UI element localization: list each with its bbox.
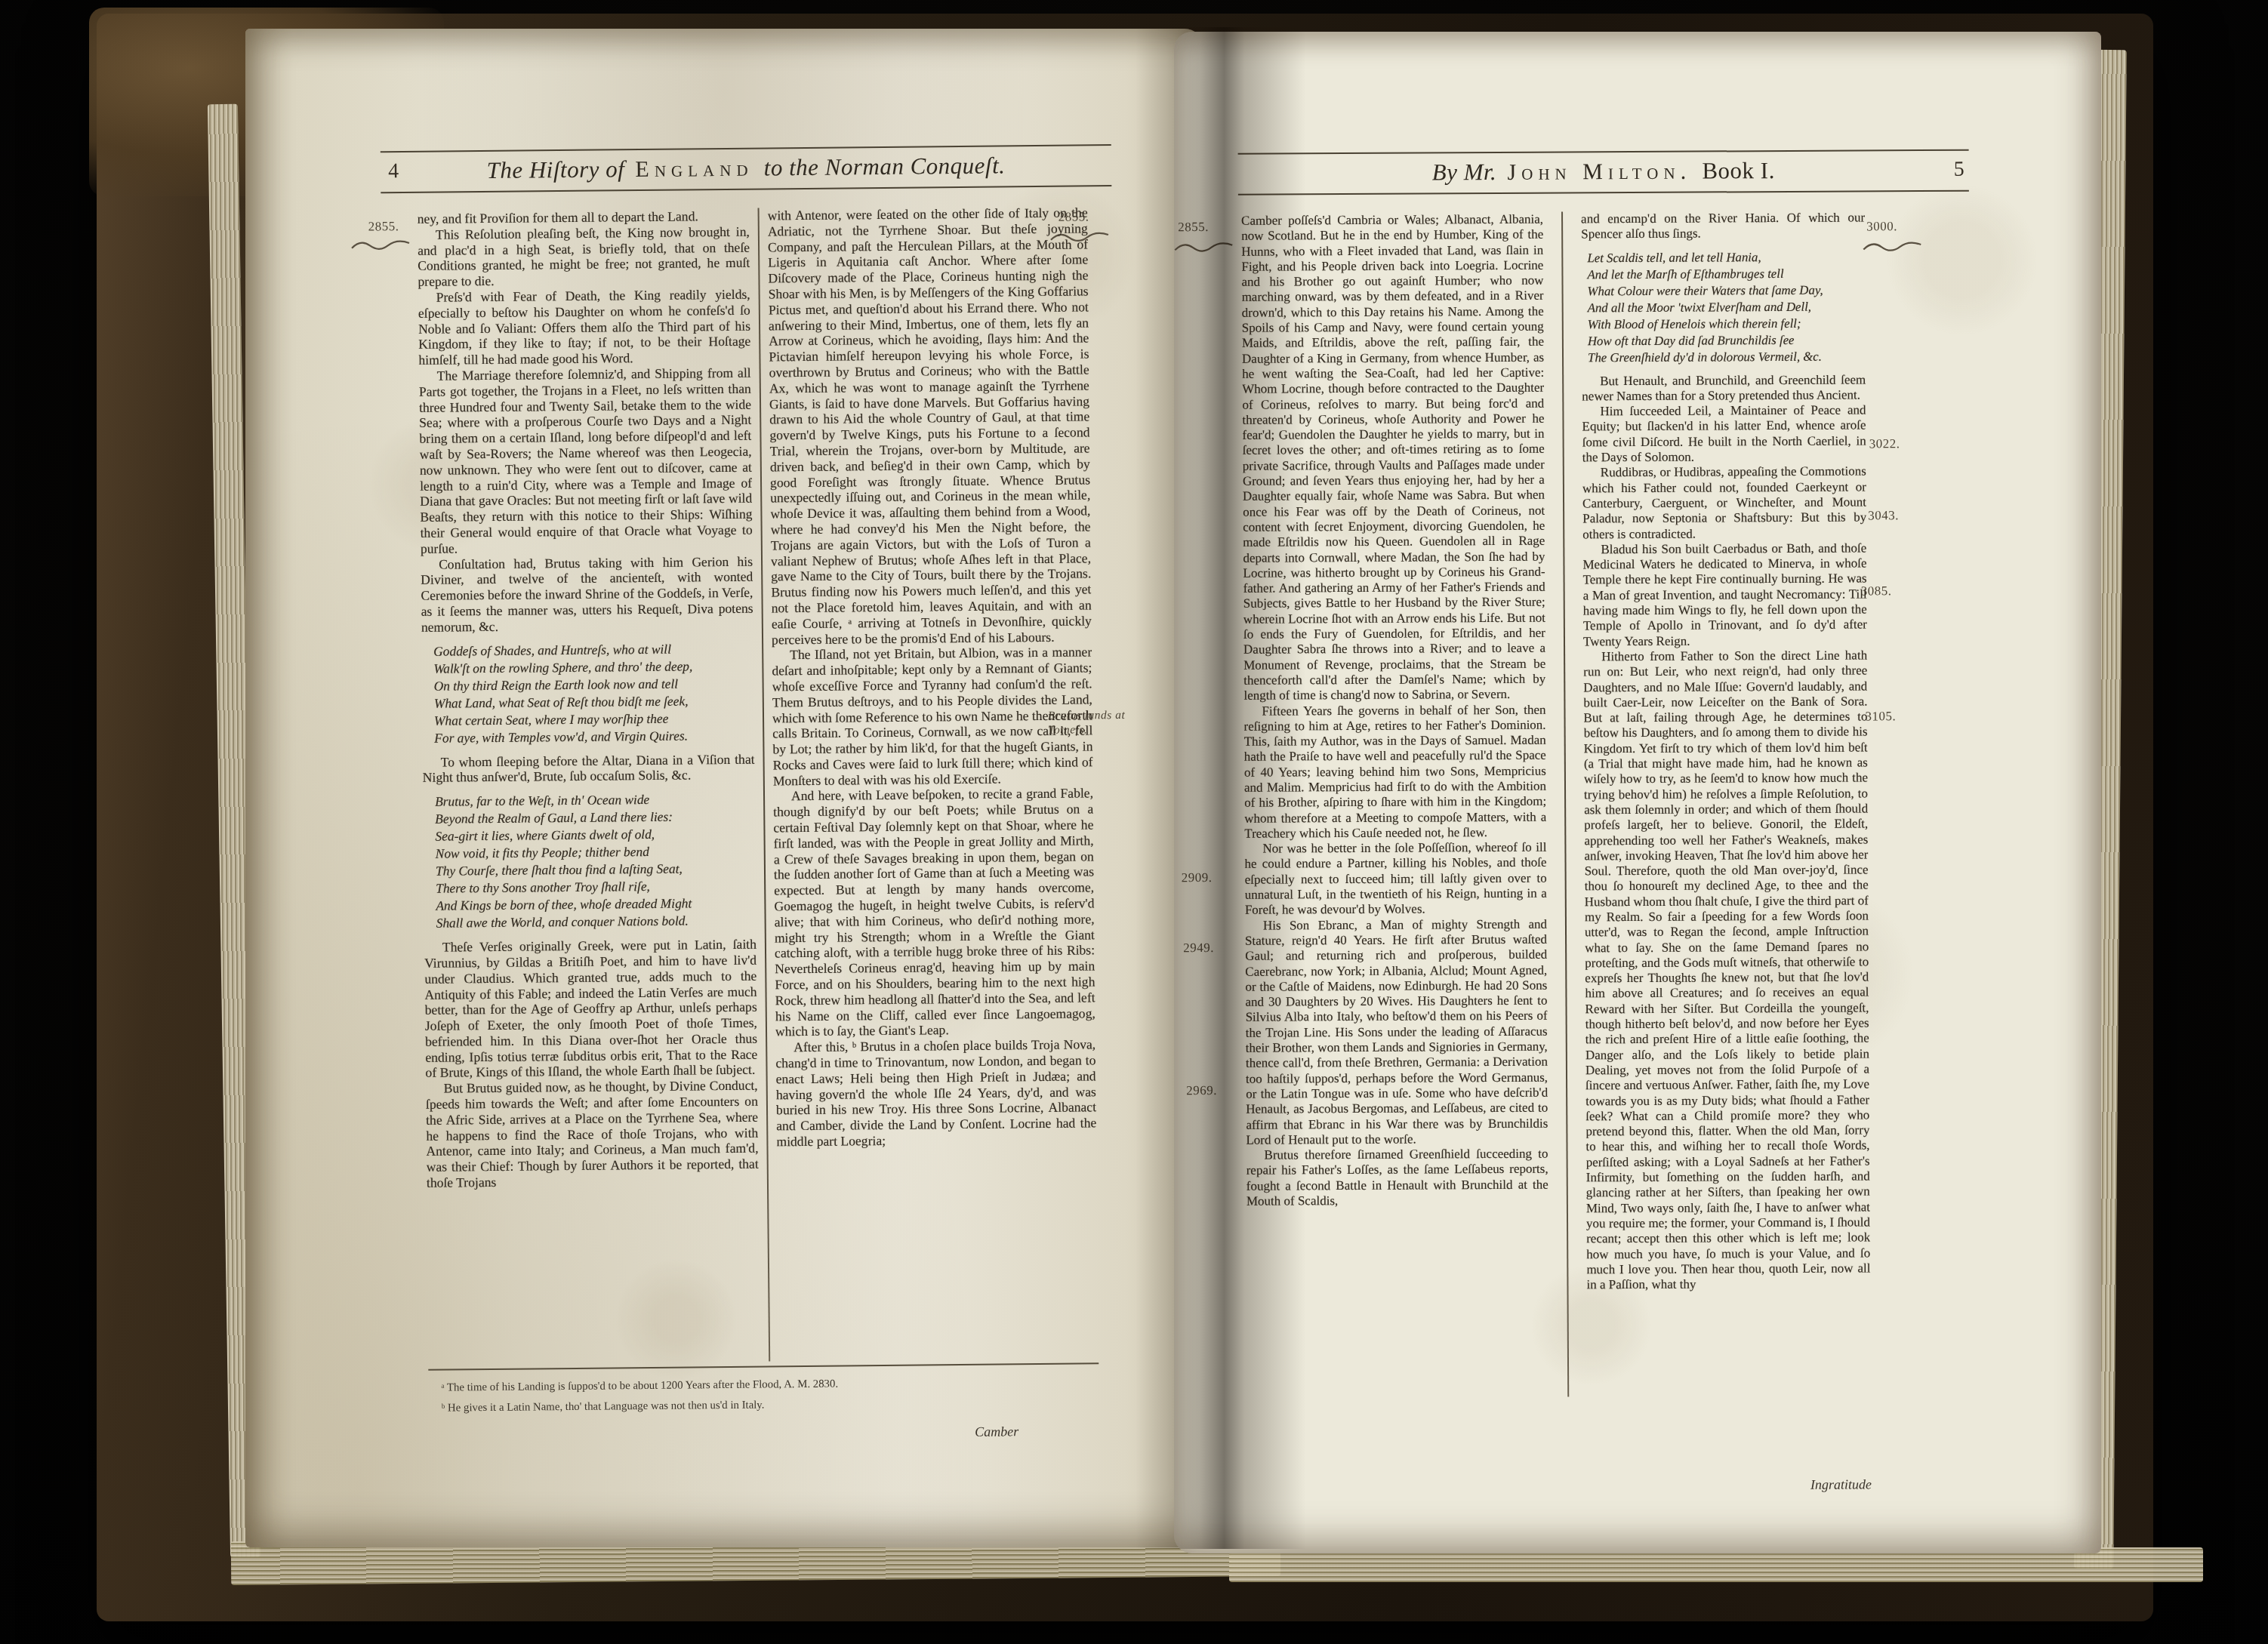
left-page: 4 The Hiſtory of England to the Norman C… bbox=[245, 29, 1203, 1547]
paragraph: To whom ſleeping before the Altar, Diana… bbox=[422, 751, 754, 786]
left-page-column-1: ney, and fit Proviſion for them all to d… bbox=[418, 208, 761, 1365]
paragraph: Hitherto from Father to Son the direct L… bbox=[1583, 648, 1870, 1292]
margin-year-note: 3043. bbox=[1868, 508, 1899, 523]
left-page-column-2: with Antenor, were ſeated on the other ſ… bbox=[768, 205, 1099, 1361]
title-part-caps: John Milton. bbox=[1502, 159, 1696, 185]
paragraph: Fifteen Years ſhe governs in behalf of h… bbox=[1243, 702, 1546, 842]
paragraph: Him ſucceeded Leil, a Maintainer of Peac… bbox=[1582, 403, 1866, 466]
column-divider-rule bbox=[1561, 212, 1569, 1397]
paragraph: The Marriage therefore ſolemniz'd, and S… bbox=[419, 365, 753, 557]
margin-squiggle-icon bbox=[349, 237, 414, 254]
column-divider-rule bbox=[758, 208, 771, 1362]
paragraph: and encamp'd on the River Hania. Of whic… bbox=[1581, 210, 1865, 242]
paragraph: This Reſolution pleaſing beſt, the King … bbox=[418, 223, 750, 289]
title-part: Book I. bbox=[1696, 157, 1775, 184]
right-page-running-header: By Mr. John Milton. Book I. 5 bbox=[1238, 149, 1969, 195]
margin-year-note: 2855. bbox=[368, 219, 399, 234]
right-page-text-block: Camber poſſeſs'd Cambria or Wales; Alban… bbox=[1241, 210, 1871, 1398]
verse-quote: Goddeſs of Shades, and Huntreſs, who at … bbox=[433, 639, 754, 747]
right-running-title: By Mr. John Milton. Book I. bbox=[1238, 156, 1969, 187]
left-page-number: 4 bbox=[388, 159, 399, 183]
paragraph: Bladud his Son built Caerbadus or Bath, … bbox=[1582, 540, 1867, 649]
margin-squiggle-icon bbox=[1172, 239, 1237, 256]
photo-background: 4 The Hiſtory of England to the Norman C… bbox=[0, 0, 2268, 1644]
margin-year-note: 3000. bbox=[1866, 219, 1897, 234]
catchword: Camber bbox=[834, 1423, 1159, 1442]
margin-year-note: 2909. bbox=[1182, 870, 1213, 885]
paragraph: with Antenor, were ſeated on the other ſ… bbox=[768, 205, 1092, 647]
margin-year-note: 2969. bbox=[1186, 1083, 1217, 1098]
title-part: to the Norman Conqueſt. bbox=[757, 152, 1005, 180]
paragraph: The Iſland, not yet Britain, but Albion,… bbox=[772, 645, 1093, 789]
paragraph: But Henault, and Brunchild, and Greenchi… bbox=[1582, 372, 1866, 405]
paragraph: Theſe Verſes originally Greek, were put … bbox=[424, 937, 758, 1081]
right-page-number: 5 bbox=[1954, 158, 1964, 182]
paragraph: But Brutus guided now, as he thought, by… bbox=[426, 1078, 759, 1191]
paragraph: Ruddibras, or Hudibras, appeaſing the Co… bbox=[1582, 464, 1867, 542]
paragraph: Camber poſſeſs'd Cambria or Wales; Alban… bbox=[1241, 212, 1545, 704]
verse-quote: Let Scaldis tell, and let tell Hania, An… bbox=[1587, 248, 1866, 366]
verse-quote: Brutus, far to the Weſt, in th' Ocean wi… bbox=[435, 790, 757, 932]
margin-year-note: 2949. bbox=[1183, 941, 1214, 956]
left-page-text-block: ney, and fit Proviſion for them all to d… bbox=[418, 205, 1099, 1364]
title-part: The Hiſtory of bbox=[486, 155, 630, 183]
paragraph: Nor was he better in the ſole Poſſeſſion… bbox=[1244, 840, 1547, 919]
margin-year-note: 2855. bbox=[1178, 220, 1209, 235]
title-part-caps: England bbox=[630, 156, 757, 183]
paragraph: After this, ᵇ Brutus in a choſen place b… bbox=[775, 1037, 1096, 1150]
paragraph: Preſs'd with Fear of Death, the King rea… bbox=[418, 287, 751, 368]
catchword: Ingratitude bbox=[1571, 1476, 1872, 1494]
paragraph: His Son Ebranc, a Man of mighty Strength… bbox=[1245, 916, 1548, 1148]
left-running-title: The Hiſtory of England to the Norman Con… bbox=[381, 151, 1111, 185]
margin-year-note: 3105. bbox=[1865, 709, 1896, 724]
paragraph: And here, with Leave beſpoken, to recite… bbox=[773, 786, 1095, 1040]
book: 4 The Hiſtory of England to the Norman C… bbox=[97, 14, 2153, 1621]
right-page-column-1: Camber poſſeſs'd Cambria or Wales; Alban… bbox=[1241, 212, 1549, 1399]
footnote-rule bbox=[428, 1362, 1099, 1371]
right-page: By Mr. John Milton. Book I. 5 2855. 2909… bbox=[1174, 32, 2101, 1553]
paragraph: Brutus therefore ſirnamed Greenſhield ſu… bbox=[1246, 1147, 1548, 1209]
title-part: By Mr. bbox=[1432, 159, 1503, 185]
right-page-column-2: and encamp'd on the River Hania. Of whic… bbox=[1581, 210, 1871, 1396]
paragraph: Conſultation had, Brutus taking with him… bbox=[421, 553, 753, 635]
margin-year-note: 3022. bbox=[1869, 436, 1900, 451]
margin-squiggle-icon bbox=[1860, 239, 1925, 255]
left-page-running-header: 4 The Hiſtory of England to the Norman C… bbox=[381, 144, 1111, 193]
